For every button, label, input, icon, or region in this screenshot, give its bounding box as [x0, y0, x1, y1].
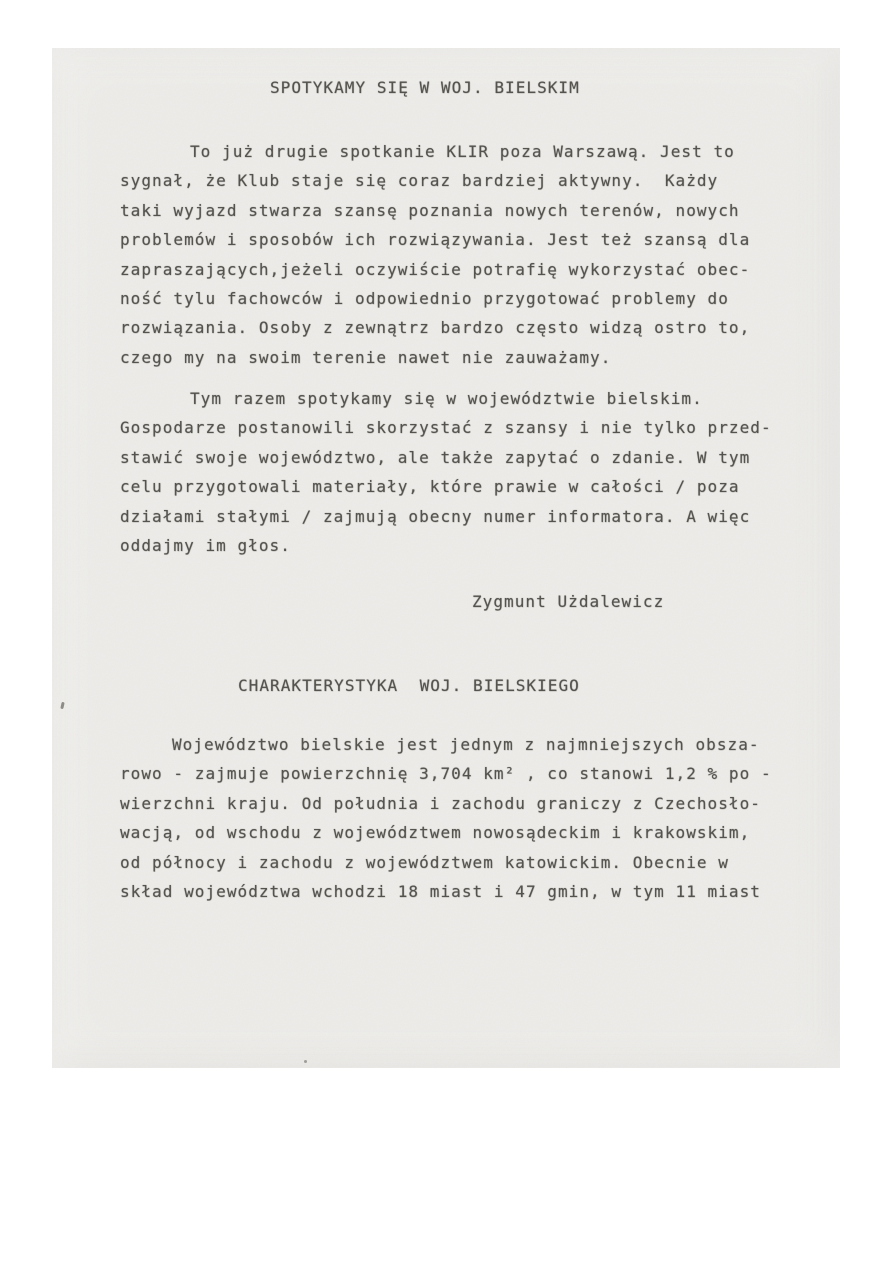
text-line: Tym razem spotykamy się w województwie b… — [120, 384, 772, 413]
text-line: To już drugie spotkanie KLIR poza Warsza… — [120, 137, 750, 166]
text-line: skład województwa wchodzi 18 miast i 47 … — [120, 877, 772, 906]
text-line: taki wyjazd stwarza szansę poznania nowy… — [120, 196, 750, 225]
signature: Zygmunt Użdalewicz — [472, 587, 664, 616]
second-paragraph: Tym razem spotykamy się w województwie b… — [120, 384, 772, 560]
text-line: od północy i zachodu z województwem kato… — [120, 848, 772, 877]
text-line: czego my na swoim terenie nawet nie zauw… — [120, 343, 750, 372]
text-line: działami stałymi / zajmują obecny numer … — [120, 502, 772, 531]
text-line: ność tylu fachowców i odpowiednio przygo… — [120, 284, 750, 313]
document-title: SPOTYKAMY SIĘ W WOJ. BIELSKIM — [270, 73, 580, 102]
section-heading: CHARAKTERYSTYKA WOJ. BIELSKIEGO — [238, 671, 580, 700]
text-line: rozwiązania. Osoby z zewnątrz bardzo czę… — [120, 313, 750, 342]
text-line: rowo - zajmuje powierzchnię 3,704 km² , … — [120, 759, 772, 788]
text-line: oddajmy im głos. — [120, 531, 772, 560]
text-line: wierzchni kraju. Od południa i zachodu g… — [120, 789, 772, 818]
text-line: zapraszających,jeżeli oczywiście potrafi… — [120, 255, 750, 284]
intro-paragraph: To już drugie spotkanie KLIR poza Warsza… — [120, 137, 750, 372]
scanned-page: SPOTYKAMY SIĘ W WOJ. BIELSKIM To już dru… — [52, 48, 840, 1068]
text-line: sygnał, że Klub staje się coraz bardziej… — [120, 166, 750, 195]
text-line: wacją, od wschodu z województwem nowosąd… — [120, 818, 772, 847]
characteristics-paragraph: Województwo bielskie jest jednym z najmn… — [120, 730, 772, 906]
text-line: celu przygotowali materiały, które prawi… — [120, 472, 772, 501]
text-line: stawić swoje województwo, ale także zapy… — [120, 443, 772, 472]
text-line: problemów i sposobów ich rozwiązywania. … — [120, 225, 750, 254]
text-line: Województwo bielskie jest jednym z najmn… — [120, 730, 772, 759]
scan-speck — [304, 1060, 307, 1063]
scan-speck — [60, 702, 64, 709]
text-line: Gospodarze postanowili skorzystać z szan… — [120, 413, 772, 442]
